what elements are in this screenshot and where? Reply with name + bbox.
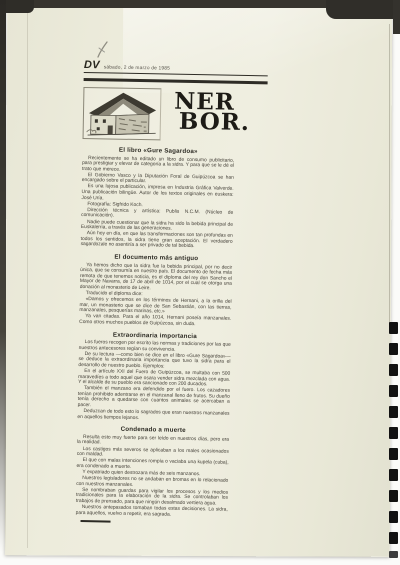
article-body: El libro «Gure Sagardoa» Recientemente s… — [76, 146, 235, 525]
article-paragraph: Es una lujosa publicación, impresa en In… — [81, 184, 233, 204]
binding-tooth — [389, 385, 398, 397]
article-heading: El libro «Gure Sagardoa» — [82, 146, 234, 156]
scan-border-right — [393, 0, 400, 34]
farmhouse-drawing-icon — [84, 88, 161, 139]
article-paragraph: Nuestros antepasados tomaban todas estas… — [76, 505, 228, 519]
article-paragraph: También el manzano era defendido por el … — [78, 386, 230, 411]
binding-tooth — [389, 427, 398, 439]
page-fold-shadow — [27, 10, 28, 548]
scan-border-top-right — [326, 0, 400, 19]
article-paragraph: Aún hoy en día, en que las transformacio… — [81, 231, 233, 251]
binding-tooth — [389, 406, 398, 418]
masthead-title: NER BOR. — [174, 92, 251, 142]
article-paragraph: Deduzcan de todo esto lo sagrados que er… — [77, 409, 229, 423]
binding-tooth — [389, 469, 398, 481]
article-paragraph: Recientemente se ha editado un libro de … — [82, 155, 234, 175]
masthead-title-line2: BOR. — [179, 112, 250, 133]
binding-tooth — [389, 364, 398, 376]
binding-tooth — [389, 551, 398, 558]
binding-tooth — [389, 532, 398, 544]
publication-date: sábado, 2 de marzo de 1985 — [104, 65, 170, 71]
handwritten-pen-mark-icon — [95, 40, 111, 60]
binding-tooth — [389, 322, 398, 334]
article-heading: El documento más antiguo — [80, 253, 232, 263]
article-paragraph: Ya hemos dicho que la sidra fue la bebid… — [80, 262, 232, 293]
scan-border-left — [0, 0, 6, 552]
binding-tooth — [389, 448, 398, 460]
article-heading: Extraordinaria importancia — [79, 330, 231, 340]
article-paragraph: De su lectura —como bien se dice en el l… — [78, 352, 230, 372]
scanned-album-page: DV sábado, 2 de marzo de 1985 — [0, 0, 400, 565]
farmhouse-illustration — [83, 87, 162, 140]
binding-tooth — [389, 343, 398, 355]
article-paragraph: Ya van citadas. Para el año 1014, Hernan… — [79, 314, 231, 328]
binding-tooth — [389, 511, 398, 523]
article-heading: Condenado a muerte — [77, 425, 229, 435]
section-masthead: NER BOR. — [83, 87, 242, 142]
binding-tooth — [389, 490, 398, 502]
page-right-edge — [389, 24, 390, 324]
publication-logo: DV — [84, 59, 100, 71]
article-paragraph: Se nombraban guardas para vigilar los pr… — [76, 488, 228, 508]
newspaper-clipping: DV sábado, 2 de marzo de 1985 — [76, 59, 242, 525]
